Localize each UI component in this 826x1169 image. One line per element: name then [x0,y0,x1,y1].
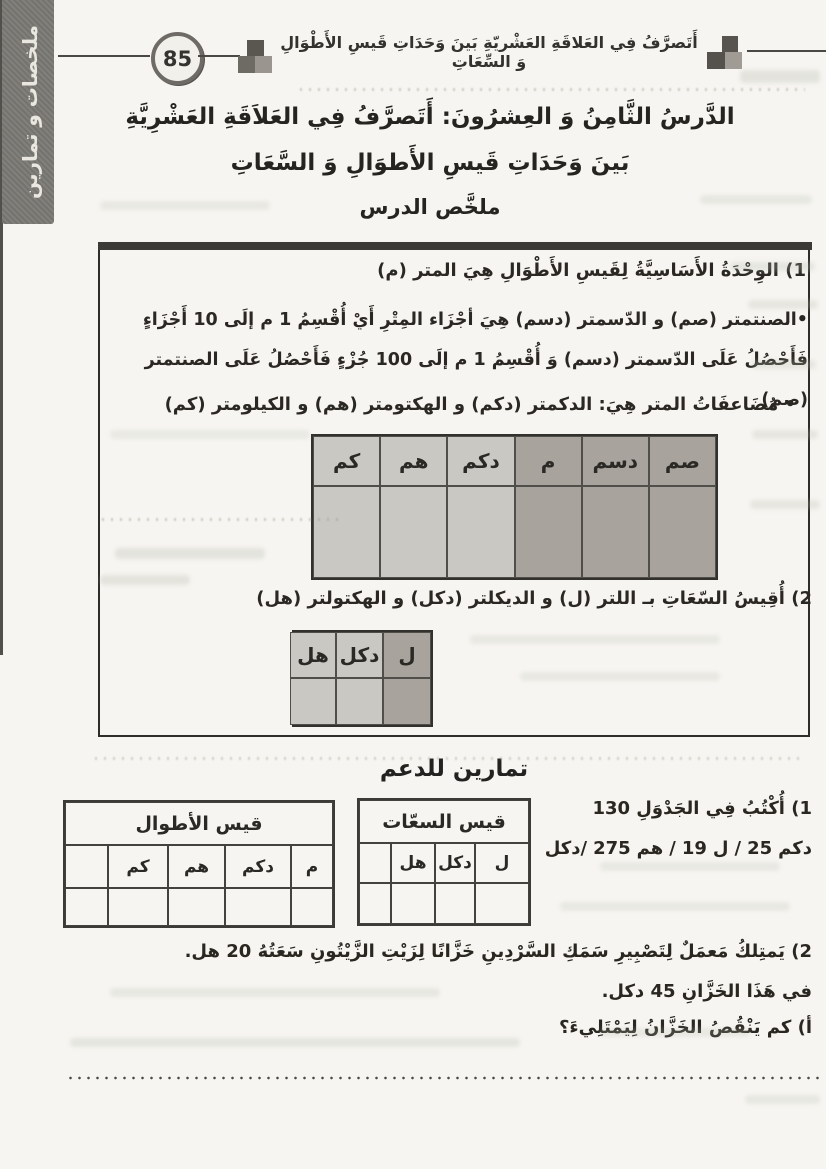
empty-body-cell [168,888,225,926]
deco-square-light-icon [255,56,272,73]
empty-body-cell [108,888,168,926]
unit-header-cell [65,845,108,888]
exercises-section-heading: تمارين للدعم [98,756,810,782]
deco-squares-right [705,36,747,72]
sidebar-label: ملخصات و تمارين [5,12,55,212]
unit-header-cell: كم [313,436,380,486]
summary-point-1: 1) الوِحْدَةُ الأَسَاسِيَّةُ لِقَيسِ الأ… [377,260,806,281]
textbook-page-scan: ملخصات و تمارين 85 أَتَصرَّفُ فِي العَلا… [0,0,826,1169]
empty-body-cell [65,888,108,926]
ex1-token: هم [637,838,664,859]
answer-dotted-line [66,1076,824,1080]
unit-header-cell: ل [383,632,431,678]
unit-header-cell: دكل [336,632,383,678]
summary-heading: ملخَّص الدرس [60,195,800,219]
length-table-title: قيس الأطوال [65,802,333,845]
bleed-through-artifact [745,1095,820,1104]
header-rule-left [58,55,150,57]
capacity-units-table: ل دكل هل [292,630,433,727]
header-rule-mid [198,55,240,57]
ex2-line2: في هَذَا الخَزَّانِ 45 دكل. [602,981,812,1002]
lesson-title-line2: بَينَ وَحَدَاتِ قَيسِ الأَطوَالِ وَ السَ… [60,150,800,176]
ex1-length-table: قيس الأطوال م دكم هم كم [63,800,335,928]
deco-square-light-icon [725,52,742,69]
unit-header-cell: كم [108,845,168,888]
unit-header-cell: صم [649,436,716,486]
bleed-through-artifact [560,902,790,911]
sidebar-tab: ملخصات و تمارين [2,0,54,224]
unit-header-cell: هل [290,632,336,678]
bleed-through-artifact [70,1038,520,1047]
bleed-through-artifact [600,862,780,871]
ex1-token: 25 [747,838,772,859]
empty-body-cell [380,486,447,578]
running-header-title: أَتَصرَّفُ فِي العَلاقَةِ العَشْريّةِ بَ… [275,33,703,71]
unit-header-cell: ل [475,843,529,883]
empty-body-cell [582,486,649,578]
empty-body-cell [336,678,383,725]
unit-header-cell: هم [168,845,225,888]
capacity-table-title: قيس السعّات [359,800,529,843]
deco-square-mid-icon [238,56,255,73]
summary-bullet-2: • مُضَاعفَاتُ المتر هِيَ: الدكمتر (دكم) … [165,394,796,415]
ex1-token: / [669,838,676,859]
ex2-question-a: أ) كم يَنْقُصُ الخَزَّانُ لِيَمْتَلِيءَ؟ [559,1017,812,1038]
summary-point-2: 2) أُقِيسُ السّعَاتِ بـ اللتر (ل) و الدي… [256,588,812,609]
deco-square-mid-icon [707,52,725,69]
unit-header-cell: دكم [447,436,514,486]
empty-body-cell [475,883,529,924]
deco-square-dark-icon [247,40,264,57]
ex1-token: دكل/ [545,838,587,859]
bleed-through-artifact [740,70,820,83]
unit-header-cell: م [515,436,582,486]
unit-header-cell: م [291,845,333,888]
summary-box-top-bar [98,242,812,250]
unit-header-cell: هل [391,843,435,883]
ex1-capacity-table: قيس السعّات ل دكل هل [357,798,531,926]
empty-body-cell [391,883,435,924]
empty-body-cell [447,486,514,578]
unit-header-cell: دكم [225,845,291,888]
unit-header-cell [359,843,391,883]
ex1-token: 275 [593,838,631,859]
ex1-token: ل [713,838,729,859]
page-number-badge: 85 [151,32,204,85]
length-units-table: صم دسم م دكم هم كم [311,434,718,580]
unit-header-cell: هم [380,436,447,486]
header-rule-right [747,50,826,52]
empty-body-cell [313,486,380,578]
bleed-through-artifact [110,988,440,997]
ex1-token: 19 [682,838,707,859]
empty-body-cell [383,678,431,725]
deco-square-dark-icon [722,36,738,52]
empty-body-cell [515,486,582,578]
empty-body-cell [435,883,475,924]
empty-body-cell [225,888,291,926]
deco-squares-left [236,40,276,76]
ex2-line1: 2) يَمتِلكُ مَعمَلٌ لِتَصْبِيرِ سَمَكِ ا… [60,941,812,962]
lesson-title-line1: الدَّرسُ الثَّامِنُ وَ العِشرُونَ: أَتَص… [60,104,800,130]
ex1-text-line2: دكل/ 275 هم / 19 ل / 25 دكم [545,838,812,859]
ex1-text-line1: 1) أُكْتُبُ فِي الجَدْوَلِ 130 [592,798,812,819]
unit-header-cell: دسم [582,436,649,486]
empty-body-cell [359,883,391,924]
page-number: 85 [163,47,192,71]
bleed-through-artifact [300,88,805,91]
ex1-token: / [735,838,742,859]
empty-body-cell [649,486,716,578]
ex1-token: دكم [778,838,812,859]
unit-header-cell: دكل [435,843,475,883]
empty-body-cell [291,888,333,926]
empty-body-cell [290,678,336,725]
